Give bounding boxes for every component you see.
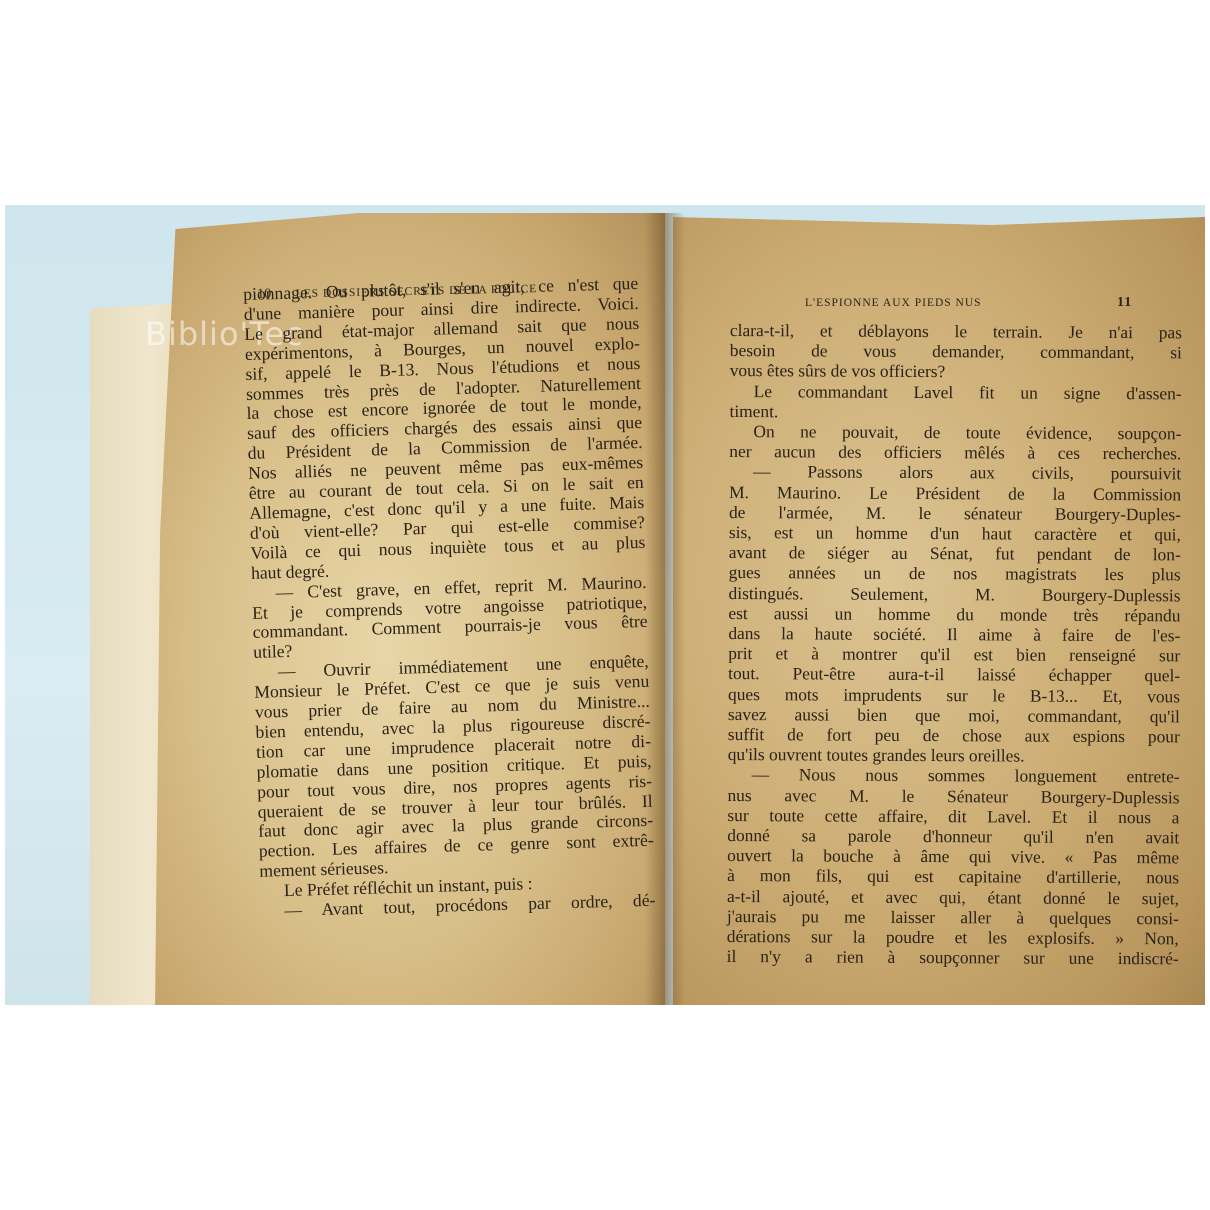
text-line: gues années un de nos magistrats les plu… [729,562,1181,585]
text-line: avant de siéger au Sénat, fut pendant de… [729,542,1181,565]
text-line: On ne pouvait, de toute évidence, soupço… [729,421,1181,444]
text-line: — Nous nous sommes longuement entrete- [728,764,1180,787]
text-line: a-t-il ajouté, et avec qui, étant donné … [727,886,1179,909]
text-line: savez aussi bien que moi, commandant, qu… [728,704,1180,727]
text-line: suffit de fort peu de chose aux espions … [728,724,1180,747]
left-page-body: pionnage. Ou plutôt, s'il s'en agit, ce … [243,274,656,922]
text-line: de l'armée, M. le sénateur Bourgery-Dupl… [729,502,1181,525]
text-line: dans la haute société. Il aime à faire d… [728,623,1180,646]
right-running-head-title: L'espionne aux pieds nus [805,297,982,309]
text-line: distingués. Seulement, M. Bourgery-Duple… [729,583,1181,606]
text-line: est aussi un homme du monde très répandu [728,603,1180,626]
right-page-body: clara-t-il, et déblayons le terrain. Je … [727,320,1182,969]
text-line: ques mots imprudents sur le B-13... Et, … [728,684,1180,707]
right-running-head: L'espionne aux pieds nus 11 [805,295,1125,311]
text-line: — Passons alors aux civils, poursuivit [729,461,1181,484]
text-line: il n'y a rien à soupçonner sur une indis… [727,946,1179,969]
text-line: à mon fils, qui est capitaine d'artiller… [727,865,1179,888]
text-line: j'aurais pu me laisser aller à quelques … [727,906,1179,929]
text-line: tout. Peut-être aura-t-il laissé échappe… [728,663,1180,686]
text-line: M. Maurino. Le Président de la Commissio… [729,482,1181,505]
text-line: ner aucun des officiers mêlés à ces rech… [729,441,1181,464]
text-line: clara-t-il, et déblayons le terrain. Je … [730,320,1182,343]
text-line: sis, est un homme d'un haut caractère et… [729,522,1181,545]
text-line: donné sa parole d'honneur qu'il n'en ava… [727,825,1179,848]
text-line: Le commandant Lavel fit un signe d'assen… [730,381,1182,404]
text-line: besoin de vous demander, commandant, si [730,340,1182,363]
text-line: timent. [729,401,1181,424]
text-line: vous êtes sûrs de vos officiers? [730,360,1182,383]
text-line: sur toute cette affaire, dit Lavel. Et i… [727,805,1179,828]
right-page-number: 11 [1117,295,1132,311]
text-line: ouvert la bouche à âme qui vive. « Pas m… [727,845,1179,868]
book-photo: 10 Les dossiers secrets de la police L'e… [5,205,1205,1005]
text-line: nus avec M. le Sénateur Bourgery-Dupless… [727,785,1179,808]
text-line: dérations sur la poudre et les explosifs… [727,926,1179,949]
text-line: prit et à montrer qu'il est bien renseig… [728,643,1180,666]
text-line: qu'ils ouvrent toutes grandes leurs orei… [728,744,1180,767]
